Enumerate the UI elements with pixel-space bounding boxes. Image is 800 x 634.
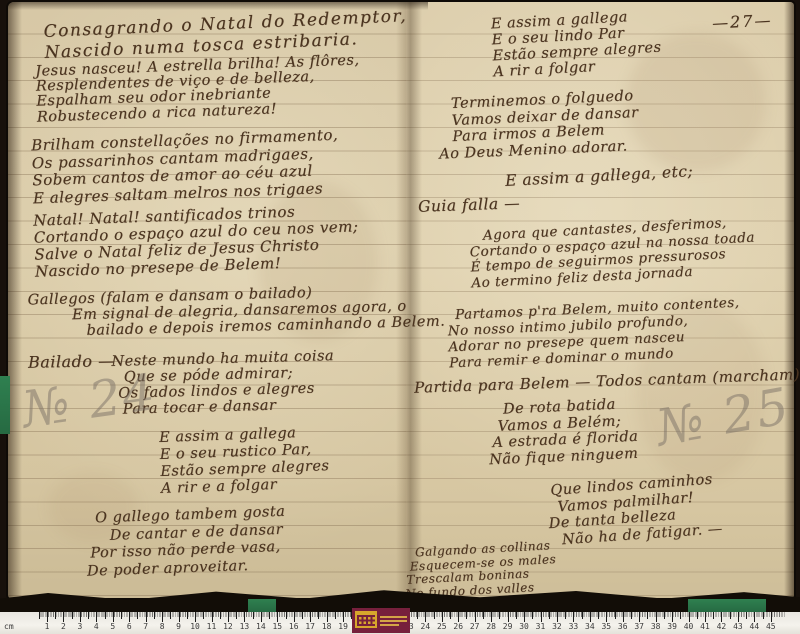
centimeter-tick xyxy=(491,612,492,622)
library-logo-text-lines xyxy=(380,616,407,626)
ruler-number: 8 xyxy=(160,622,165,631)
ruler-number: 40 xyxy=(684,622,694,631)
half-centimeter-tick xyxy=(55,612,56,619)
ruler-number: 36 xyxy=(618,622,628,631)
half-centimeter-tick xyxy=(466,612,467,619)
library-logo xyxy=(352,608,410,633)
ruler-number: 28 xyxy=(486,622,496,631)
centimeter-tick xyxy=(606,612,607,622)
half-centimeter-tick xyxy=(335,612,336,619)
half-centimeter-tick xyxy=(516,612,517,619)
ruler-number: 30 xyxy=(519,622,529,631)
ruler-number: 27 xyxy=(470,622,480,631)
half-centimeter-tick xyxy=(713,612,714,619)
stanza-right-1: E assim a gallegaE o seu lindo ParEstão … xyxy=(490,8,662,81)
centimeter-tick xyxy=(475,612,476,622)
centimeter-tick xyxy=(573,612,574,622)
half-centimeter-tick xyxy=(269,612,270,619)
half-centimeter-tick xyxy=(137,612,138,619)
centimeter-tick xyxy=(425,612,426,622)
half-centimeter-tick xyxy=(39,612,40,619)
ruler-number: 38 xyxy=(651,622,661,631)
half-centimeter-tick xyxy=(286,612,287,619)
half-centimeter-tick xyxy=(763,612,764,619)
centimeter-tick xyxy=(458,612,459,622)
centimeter-tick xyxy=(129,612,130,622)
ruler-number: 2 xyxy=(61,622,66,631)
ruler-number: 5 xyxy=(110,622,115,631)
centimeter-tick xyxy=(212,612,213,622)
ruler-number: 31 xyxy=(536,622,546,631)
ruler-number: 1 xyxy=(45,622,50,631)
library-building-icon xyxy=(355,613,377,628)
ruler-number: 41 xyxy=(700,622,710,631)
centimeter-tick xyxy=(195,612,196,622)
half-centimeter-tick xyxy=(483,612,484,619)
ruler-number: 11 xyxy=(207,622,217,631)
half-centimeter-tick xyxy=(88,612,89,619)
ruler-number: 34 xyxy=(585,622,595,631)
centimeter-tick xyxy=(771,612,772,622)
half-centimeter-tick xyxy=(746,612,747,619)
half-centimeter-tick xyxy=(615,612,616,619)
ruler-number: 18 xyxy=(322,622,332,631)
ruler-number: 16 xyxy=(289,622,299,631)
half-centimeter-tick xyxy=(121,612,122,619)
half-centimeter-tick xyxy=(647,612,648,619)
stanza-right-6: Que lindos caminhosVamos palmilhar!De ta… xyxy=(550,471,723,549)
centimeter-tick xyxy=(277,612,278,622)
centimeter-tick xyxy=(113,612,114,622)
half-centimeter-tick xyxy=(170,612,171,619)
ruler-number: 19 xyxy=(338,622,348,631)
ruler-number: 45 xyxy=(766,622,776,631)
centimeter-tick xyxy=(63,612,64,622)
guia-falla-label: Guia falla — xyxy=(418,194,521,216)
centimeter-tick xyxy=(705,612,706,622)
centimeter-tick xyxy=(80,612,81,622)
half-centimeter-tick xyxy=(236,612,237,619)
green-cover-patch xyxy=(248,599,276,612)
ruler-number: 4 xyxy=(94,622,99,631)
centimeter-tick xyxy=(557,612,558,622)
ruler-number: 29 xyxy=(503,622,513,631)
centimeter-tick xyxy=(442,612,443,622)
centimeter-tick xyxy=(96,612,97,622)
centimeter-tick xyxy=(294,612,295,622)
centimeter-tick xyxy=(244,612,245,622)
stanza-right-7: Galgando as collinasEsquecem-se os males… xyxy=(403,539,558,601)
half-centimeter-tick xyxy=(582,612,583,619)
ruler-number: 32 xyxy=(552,622,562,631)
ruler-unit-label: cm xyxy=(4,622,14,631)
half-centimeter-tick xyxy=(187,612,188,619)
ruler-number: 12 xyxy=(223,622,233,631)
half-centimeter-tick xyxy=(697,612,698,619)
stanza-right-4: Partamos p'ra Belem, muito contentes,No … xyxy=(447,295,742,372)
ruler-number: 39 xyxy=(667,622,677,631)
centimeter-tick xyxy=(623,612,624,622)
half-centimeter-tick xyxy=(730,612,731,619)
half-centimeter-tick xyxy=(203,612,204,619)
half-centimeter-tick xyxy=(417,612,418,619)
ruler-number: 37 xyxy=(634,622,644,631)
centimeter-tick xyxy=(261,612,262,622)
ruler-number: 44 xyxy=(750,622,760,631)
half-centimeter-tick xyxy=(105,612,106,619)
stanza-right-2: Terminemos o folguedoVamos deixar de dan… xyxy=(451,88,641,162)
page-edge-shadow xyxy=(8,2,22,598)
green-cover-patch xyxy=(688,599,766,612)
centimeter-tick xyxy=(146,612,147,622)
ruler-number: 13 xyxy=(240,622,250,631)
centimeter-tick xyxy=(343,612,344,622)
stanza-left-3: Brilham constellações no firmamento,Os p… xyxy=(31,127,340,208)
centimeter-tick xyxy=(689,612,690,622)
millimeter-ticks xyxy=(40,612,786,617)
stanza-left-2: Jesus nasceu! A estrella brilha! As flôr… xyxy=(35,53,361,125)
centimeter-tick xyxy=(639,612,640,622)
half-centimeter-tick xyxy=(499,612,500,619)
centimeter-tick xyxy=(310,612,311,622)
ruler-number: 42 xyxy=(717,622,727,631)
page-edge-shadow xyxy=(784,2,794,598)
half-centimeter-tick xyxy=(631,612,632,619)
half-centimeter-tick xyxy=(154,612,155,619)
ruler-number: 35 xyxy=(601,622,611,631)
green-cover-patch xyxy=(0,376,10,434)
centimeter-tick xyxy=(754,612,755,622)
ruler-number: 14 xyxy=(256,622,266,631)
ruler-number: 17 xyxy=(305,622,315,631)
centimeter-tick xyxy=(721,612,722,622)
half-centimeter-tick xyxy=(220,612,221,619)
ruler-number: 43 xyxy=(733,622,743,631)
ruler-number: 24 xyxy=(421,622,431,631)
half-centimeter-tick xyxy=(434,612,435,619)
centimeter-tick xyxy=(47,612,48,622)
ruler-number: 26 xyxy=(453,622,463,631)
manuscript-scan: Consagrando o Natal do Redemptor,Nascido… xyxy=(0,0,800,634)
half-centimeter-tick xyxy=(680,612,681,619)
page-number: —27— xyxy=(712,10,773,32)
half-centimeter-tick xyxy=(253,612,254,619)
ruler-number: 9 xyxy=(176,622,181,631)
bailado-label: Bailado — xyxy=(28,351,115,372)
ruler-number: 25 xyxy=(437,622,447,631)
half-centimeter-tick xyxy=(598,612,599,619)
centimeter-tick xyxy=(327,612,328,622)
ruler-number: 3 xyxy=(77,622,82,631)
centimeter-tick xyxy=(541,612,542,622)
stanza-right-5: De rota batidaVamos a Belém;A estrada é … xyxy=(487,396,640,468)
ruler-number: 10 xyxy=(190,622,200,631)
ruler-number: 33 xyxy=(569,622,579,631)
half-centimeter-tick xyxy=(664,612,665,619)
ruler-number: 7 xyxy=(143,622,148,631)
centimeter-tick xyxy=(656,612,657,622)
stanza-left-7: E assim a gallegaE o seu rustico Par,Est… xyxy=(159,424,330,498)
half-centimeter-tick xyxy=(72,612,73,619)
half-centimeter-tick xyxy=(302,612,303,619)
centimeter-tick xyxy=(738,612,739,622)
centimeter-tick xyxy=(228,612,229,622)
centimeter-tick xyxy=(162,612,163,622)
centimeter-tick xyxy=(590,612,591,622)
half-centimeter-tick xyxy=(450,612,451,619)
ruler-number: 15 xyxy=(272,622,282,631)
half-centimeter-tick xyxy=(532,612,533,619)
half-centimeter-tick xyxy=(549,612,550,619)
centimeter-tick xyxy=(179,612,180,622)
centimeter-tick xyxy=(524,612,525,622)
stanza-left-4: Natal! Natal! santificados trinosCortand… xyxy=(33,201,360,280)
centimeter-tick xyxy=(508,612,509,622)
half-centimeter-tick xyxy=(318,612,319,619)
stanza-left-8: O gallego tambem gostaDe cantar e de dan… xyxy=(95,504,288,581)
ruler-number: 6 xyxy=(127,622,132,631)
centimeter-tick xyxy=(672,612,673,622)
half-centimeter-tick xyxy=(565,612,566,619)
